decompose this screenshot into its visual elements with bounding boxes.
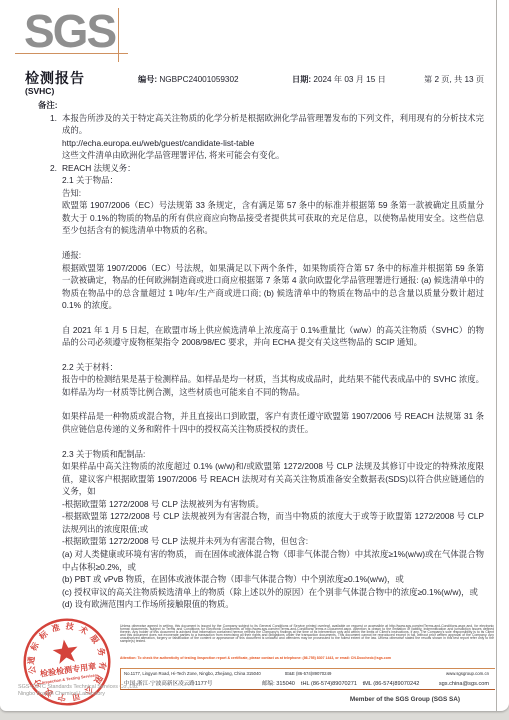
- note-text: 如果样品中高关注物质的浓度超过 0.1% (w/w)和/或欧盟第 1272/20…: [62, 460, 484, 498]
- email-text: sgs.china@sgs.com: [439, 681, 489, 687]
- member-text: Member of the SGS Group (SGS SA): [120, 696, 460, 703]
- section-2-3-heading: 2.3 关于物质和配制品:: [62, 448, 484, 461]
- report-title: 检测报告: [25, 68, 85, 88]
- note-text: (d) 设有欧洲范围内工作场所接触限值的物质。: [62, 598, 484, 611]
- note-text: (b) PBT 或 vPvB 物质，在固体或液体混合物（即非气体混合物）中个别浓…: [62, 573, 484, 586]
- phone-cn: tHL (86-574)89070271 tML (86-574)8907024…: [301, 679, 433, 687]
- note-text: 报告中的检测结果是基于检测样品。如样品是均一材质，当其构成成品时，此结果不能代表…: [62, 373, 484, 398]
- notes-label: 备注:: [38, 99, 484, 112]
- note-text: -根据欧盟第 1272/2008 号 CLP 法规并未列为有害混合物，但包含:: [62, 535, 484, 548]
- star-icon: [51, 638, 79, 665]
- note-text: (a) 对人类健康或环境有害的物质， 而在固体或液体混合物（即非气体混合物）中其…: [62, 548, 484, 573]
- section-2-1-heading: 2.1 关于物品：: [62, 174, 484, 187]
- note-text: -根据欧盟第 1272/2008 号 CLP 法规被列为有害混合物，而当中物质的…: [62, 510, 484, 535]
- inspection-stamp: 通标标准技术服务有限公司宁波分公司 检验检测专用章 Inspection & T…: [14, 609, 120, 715]
- sgs-logo: SGS: [24, 8, 115, 54]
- report-date-label: 日期:: [292, 75, 311, 84]
- note-text: 这些文件清单由欧洲化学品管理署评估, 将来可能会有变化。: [62, 149, 484, 162]
- address-block: No.1177, Lingyun Road, Hi-Tech Zone, Nin…: [120, 668, 495, 690]
- address-cn-text: 中国·浙江·宁波高新区凌云路1177号: [124, 679, 256, 687]
- note-text: (c) 授权审议的高关注物质候选清单上的物质（除上述以外的原因）在个别非气体混合…: [62, 586, 484, 599]
- note-marker: 1.: [50, 112, 62, 137]
- report-subtitle: (SVHC): [25, 86, 54, 96]
- section-2-2-heading: 2.2 关于材料：: [62, 361, 484, 374]
- page-indicator: 第 2 页, 共 13 页: [424, 74, 484, 85]
- report-page: SGS 检测报告 (SVHC) 编号: NGBPC24001059302 日期:…: [0, 0, 509, 711]
- note-text: REACH 法规义务：: [62, 162, 484, 175]
- notify-heading: 通报:: [62, 249, 484, 262]
- note-marker: 2.: [50, 162, 62, 175]
- registration-mark-vertical: [118, 8, 119, 62]
- report-number-value: NGBPC24001059302: [159, 75, 238, 84]
- address-line-cn: 中国·浙江·宁波高新区凌云路1177号 邮编: 315040 tHL (86-5…: [124, 679, 495, 687]
- report-date: 日期: 2024 年 03 月 15 日: [292, 74, 386, 85]
- website-text: www.sgsgroup.com.cn: [446, 671, 489, 676]
- note-text: 欧盟第 1907/2006（EC）号法规第 33 条规定，含有满足第 57 条中…: [62, 199, 484, 237]
- postcode-text: 邮编: 315040: [262, 679, 295, 687]
- note-item-2: 2. REACH 法规义务：: [50, 162, 484, 175]
- report-date-value: 2024 年 03 月 15 日: [313, 75, 385, 84]
- notes-section: 备注: 1. 本报告所涉及的关于特定高关注物质的化学分析是根据欧洲化学品管理署发…: [25, 99, 484, 611]
- report-number: 编号: NGBPC24001059302: [138, 74, 239, 85]
- note-text: 本报告所涉及的关于特定高关注物质的化学分析是根据欧洲化学品管理署发布的下列文件，…: [62, 112, 484, 137]
- address-line-en: No.1177, Lingyun Road, Hi-Tech Zone, Nin…: [124, 671, 495, 676]
- report-number-label: 编号:: [138, 75, 157, 84]
- footer-disclaimer: Unless otherwise agreed in writing, this…: [120, 625, 494, 643]
- note-text: 自 2021 年 1 月 5 日起，在欧盟市场上供应候选清单上浓度高于 0.1%…: [62, 324, 484, 349]
- registration-mark-horizontal: [15, 53, 128, 54]
- note-item-1: 1. 本报告所涉及的关于特定高关注物质的化学分析是根据欧洲化学品管理署发布的下列…: [50, 112, 484, 137]
- page-scan-edge: [496, 0, 497, 711]
- note-text: 根据欧盟第 1907/2006（EC）号法规，如果满足以下两个条件，如果物质符合…: [62, 262, 484, 312]
- note-text: -根据欧盟第 1272/2008 号 CLP 法规被列为有害物质。: [62, 498, 484, 511]
- address-en-text: No.1177, Lingyun Road, Hi-Tech Zone, Nin…: [124, 671, 279, 676]
- note-text: 如果样品是一种物质或混合物，并且直接出口到欧盟，客户有责任遵守欧盟第 1907/…: [62, 410, 484, 435]
- footer-attention: Attention: To check the authenticity of …: [120, 657, 494, 660]
- candidate-list-url: http://echa.europa.eu/web/guest/candidat…: [62, 137, 484, 150]
- inform-heading: 告知:: [62, 187, 484, 200]
- phone-en: tE&E (86-574)89070249: [285, 671, 440, 676]
